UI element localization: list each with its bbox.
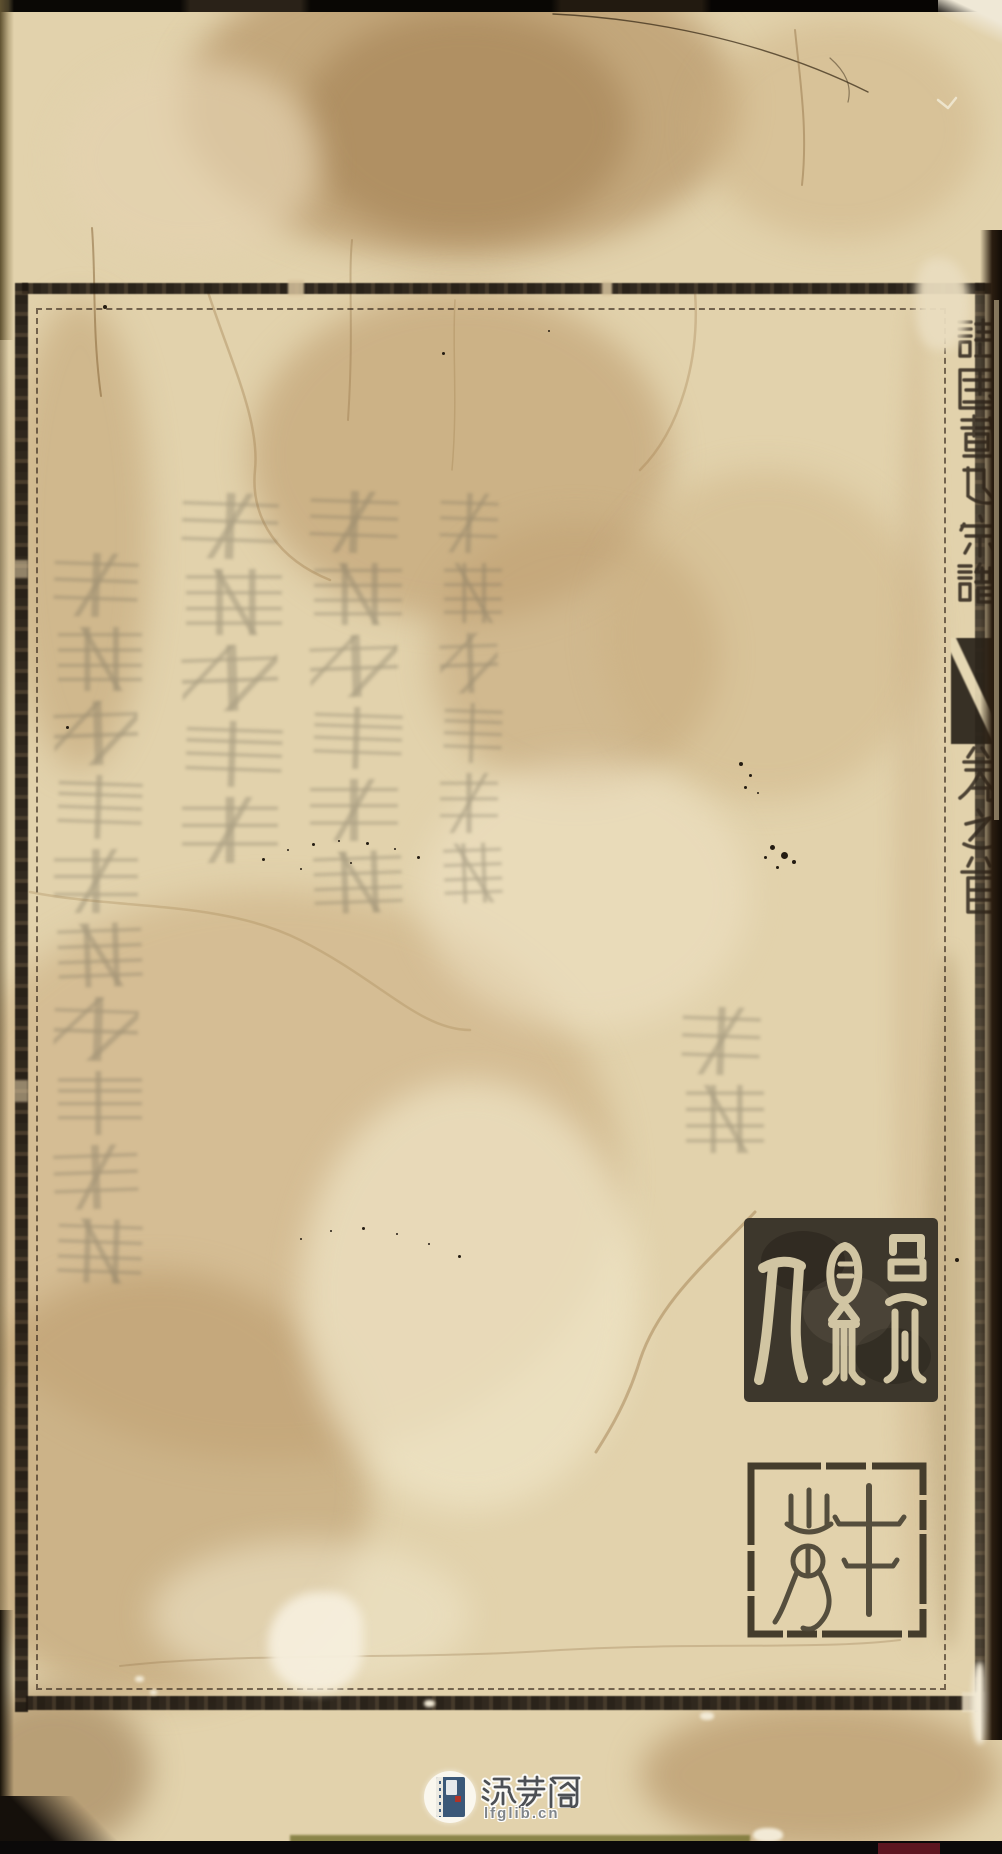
scratch-mark [938, 98, 956, 108]
ink-speck [394, 848, 396, 850]
ink-speck [757, 792, 759, 794]
ink-speck [362, 1227, 365, 1230]
ink-speck [776, 866, 779, 869]
watermark: lfglib.cn [395, 1764, 665, 1836]
outer-frame-top [22, 283, 992, 294]
watermark-badge [424, 1771, 476, 1823]
ink-speck [955, 1258, 959, 1262]
book-red-seal [455, 1796, 461, 1802]
ink-speck [744, 786, 747, 789]
hair-fiber [553, 14, 868, 92]
scanned-page: lfglib.cn [0, 0, 1002, 1854]
book-title-slip [446, 1780, 457, 1795]
ink-speck [739, 762, 743, 766]
ink-speck [428, 1243, 430, 1245]
ink-speck [458, 1255, 461, 1258]
book-spine-stitches [436, 1777, 443, 1817]
ink-speck [338, 840, 340, 842]
paper-chip [268, 1592, 363, 1692]
scan-edge-bottom [0, 1841, 1002, 1854]
outer-frame-bottom [26, 1696, 978, 1710]
ink-speck [366, 842, 369, 845]
ink-speck [300, 868, 302, 870]
ink-speck [103, 305, 107, 309]
outer-frame-left [15, 283, 28, 1712]
paper-chip [916, 258, 970, 350]
lower-seal [745, 1460, 930, 1642]
ink-speck [350, 862, 352, 864]
ink-speck [300, 1238, 302, 1240]
scan-edge-bottom-red [878, 1843, 940, 1854]
scan-edge-top [0, 0, 1002, 12]
scan-edge-right-strip [994, 300, 999, 820]
ink-speck [66, 726, 69, 729]
ink-speck [312, 843, 315, 846]
scan-edge-top-corner [938, 0, 1002, 52]
site-name-art [481, 1772, 585, 1808]
ink-speck [442, 352, 445, 355]
site-url: lfglib.cn [484, 1805, 560, 1822]
scan-edge-left [0, 0, 14, 340]
ink-speck [396, 1233, 398, 1235]
ink-speck [330, 1230, 332, 1232]
scan-edge-left2 [0, 340, 9, 1610]
ink-speck [548, 330, 550, 332]
ink-speck [749, 774, 752, 777]
ink-speck [764, 856, 767, 859]
ink-speck [792, 860, 796, 864]
ink-speck [781, 852, 788, 859]
ink-speck [262, 858, 265, 861]
ink-speck [287, 849, 289, 851]
book-icon [436, 1777, 465, 1817]
upper-seal [743, 1216, 940, 1404]
ink-speck [417, 856, 420, 859]
ink-speck [770, 845, 775, 850]
